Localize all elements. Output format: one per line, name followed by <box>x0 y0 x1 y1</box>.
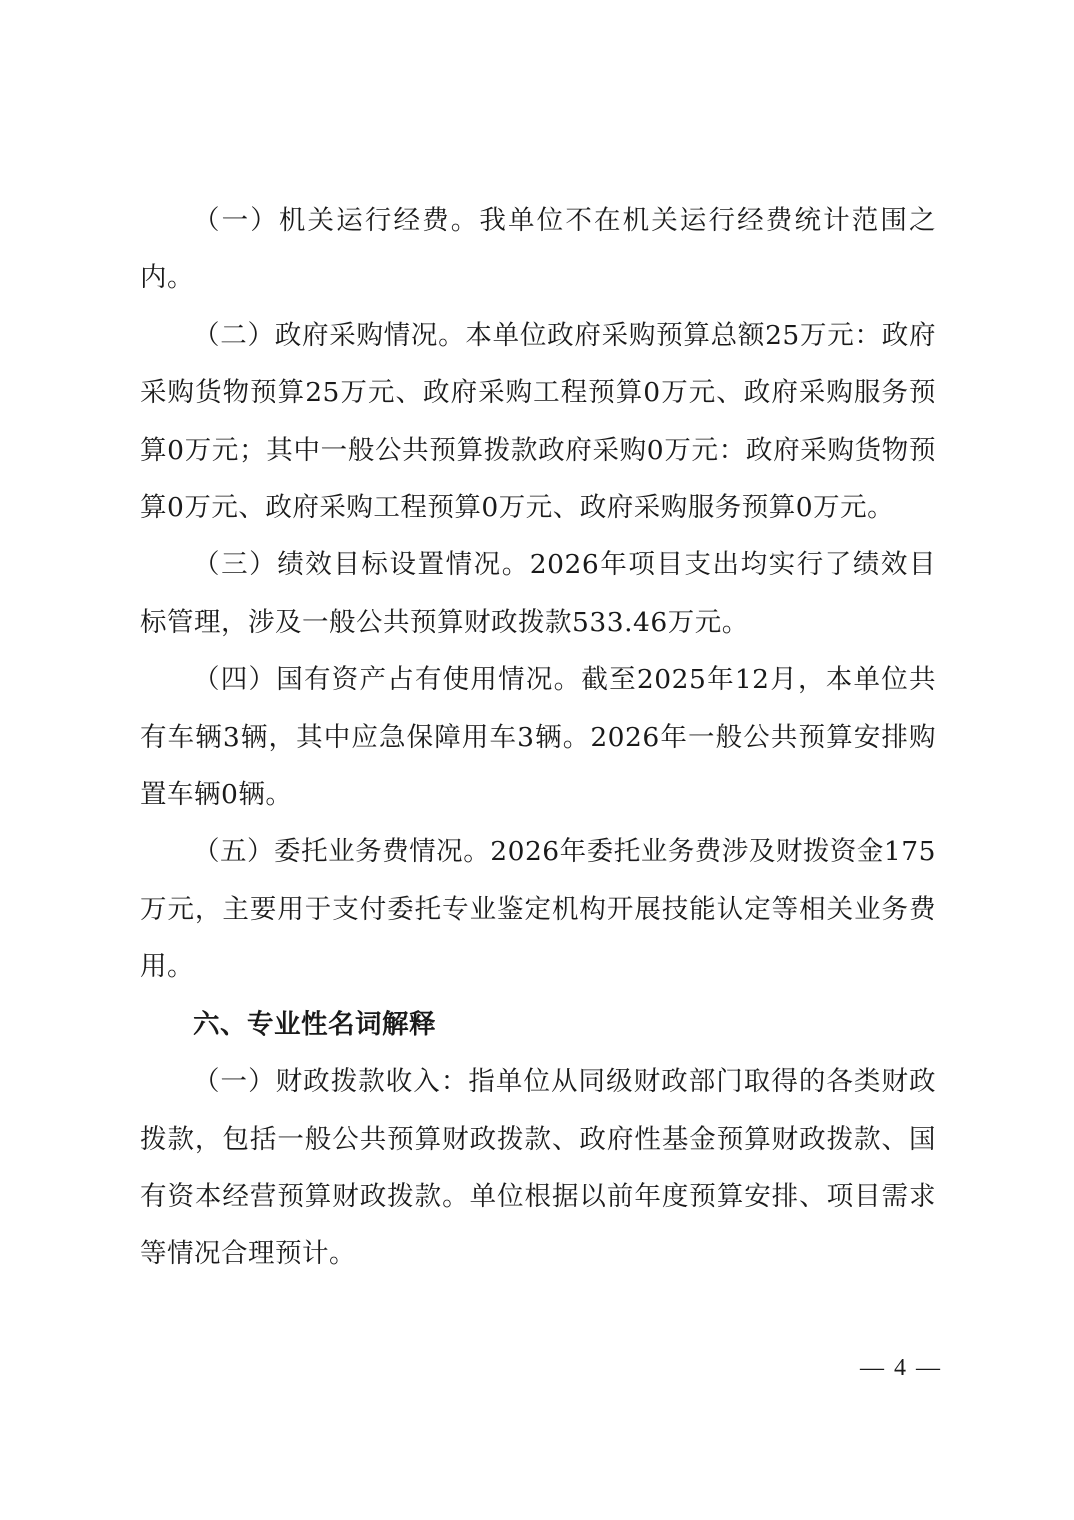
paragraph-lead: （五）委托业务费情况。 <box>193 836 490 867</box>
document-page: （一）机关运行经费。我单位不在机关运行经费统计范围之内。 （二）政府采购情况。本… <box>140 192 936 1283</box>
section-heading: 六、专业性名词解释 <box>140 996 936 1053</box>
paragraph-performance-targets: （三）绩效目标设置情况。2026年项目支出均实行了绩效目标管理，涉及一般公共预算… <box>140 536 936 651</box>
page-number: — 4 — <box>860 1355 942 1382</box>
paragraph-lead: （四）国有资产占有使用情况。 <box>193 664 581 695</box>
definition-fiscal-appropriation-income: （一）财政拨款收入：指单位从同级财政部门取得的各类财政拨款，包括一般公共预算财政… <box>140 1053 936 1283</box>
paragraph-lead: （二）政府采购情况。 <box>193 320 465 351</box>
paragraph-commissioned-business-fees: （五）委托业务费情况。2026年委托业务费涉及财拨资金175万元，主要用于支付委… <box>140 823 936 995</box>
paragraph-lead: （三）绩效目标设置情况。 <box>193 549 530 580</box>
paragraph-state-assets: （四）国有资产占有使用情况。截至2025年12月，本单位共有车辆3辆，其中应急保… <box>140 651 936 823</box>
paragraph-operating-expenses: （一）机关运行经费。我单位不在机关运行经费统计范围之内。 <box>140 192 936 307</box>
definition-term: （一）财政拨款收入： <box>193 1066 468 1097</box>
paragraph-lead: （一）机关运行经费。 <box>193 205 479 236</box>
paragraph-government-procurement: （二）政府采购情况。本单位政府采购预算总额25万元：政府采购货物预算25万元、政… <box>140 307 936 537</box>
